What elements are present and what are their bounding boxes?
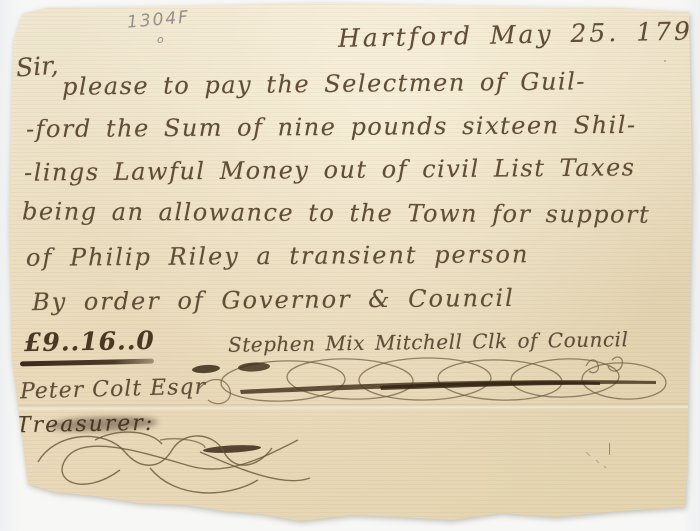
body-line: By order of Governor & Council — [32, 284, 515, 316]
signature: Stephen Mix Mitchell Clk of Council — [228, 327, 629, 357]
dateline: Hartford May 25. 1792 — [338, 16, 700, 53]
amount-pounds: £9..16..0 — [24, 326, 155, 357]
body-line: -ford the Sum of nine pounds sixteen Shi… — [26, 111, 637, 143]
body-line: of Philip Riley a transient person — [26, 240, 530, 272]
paper-fiber-speck — [609, 443, 610, 455]
amount-underline-stroke — [20, 359, 154, 367]
body-line: being an allowance to the Town for suppo… — [22, 197, 650, 228]
paper-crease — [8, 403, 690, 411]
payee-name: Peter Colt Esqr — [20, 375, 207, 405]
pencil-archive-number: 1304F — [126, 7, 191, 32]
paper-shadow: 1304F o Hartford May 25. 1792 Sir, pleas… — [0, 0, 700, 531]
document-paper: 1304F o Hartford May 25. 1792 Sir, pleas… — [0, 0, 700, 531]
scan-background: 1304F o Hartford May 25. 1792 Sir, pleas… — [0, 0, 700, 531]
salutation: Sir, — [15, 51, 59, 83]
body-line: please to pay the Selectmen of Guil- — [62, 67, 586, 100]
paper-speck — [664, 60, 666, 62]
pencil-archive-mark: o — [157, 33, 164, 46]
body-line: -lings Lawful Money out of civil List Ta… — [24, 153, 636, 186]
